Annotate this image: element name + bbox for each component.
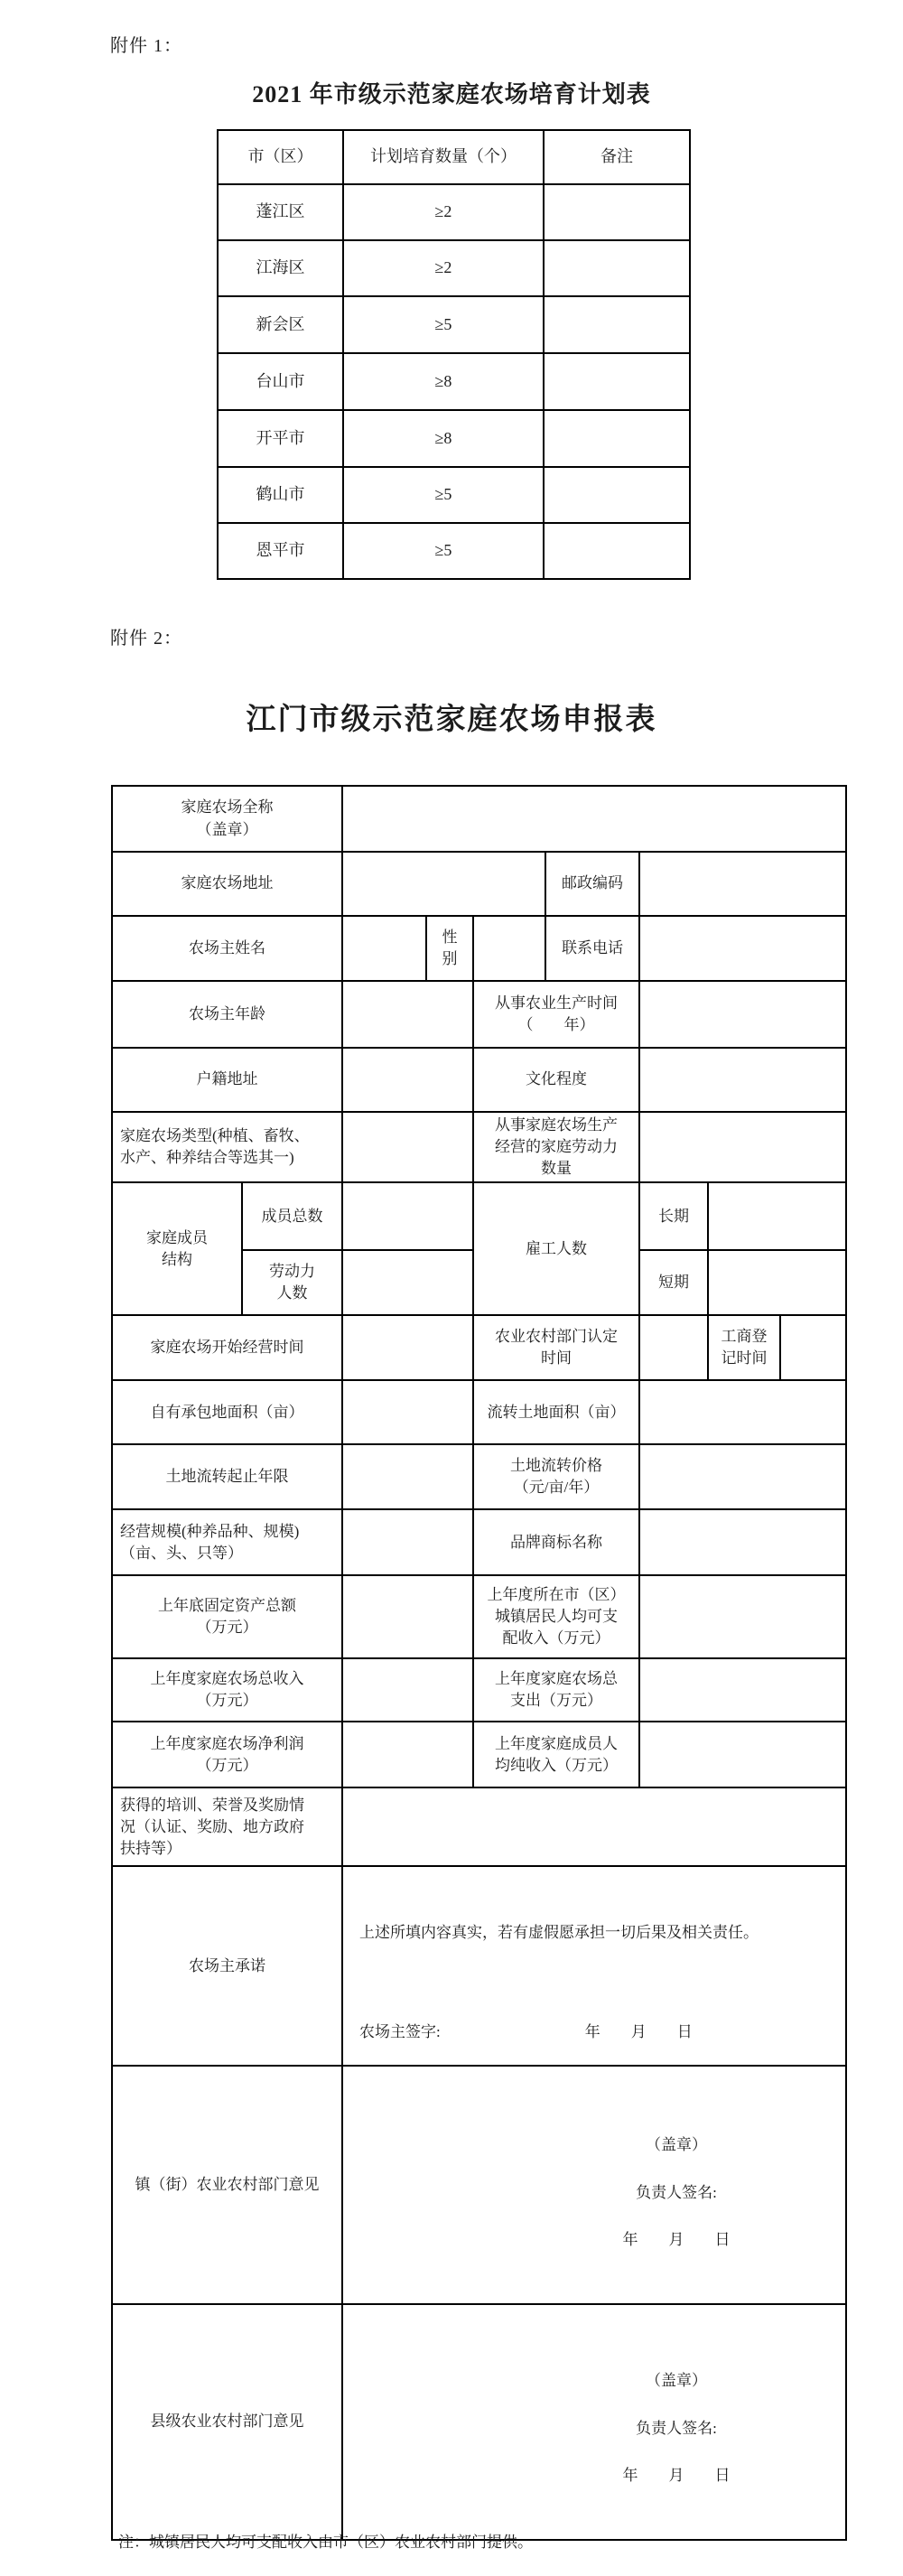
town-seal-block: （盖章） 负责人签名: 年 月 日 xyxy=(591,2109,762,2275)
footnote: 注：城镇居民人均可支配收入由市（区）农业农村部门提供。 xyxy=(118,2529,533,2552)
input-transfer-land-area[interactable] xyxy=(639,1380,846,1444)
input-owner-age[interactable] xyxy=(342,981,473,1048)
input-labor-count[interactable] xyxy=(342,1250,473,1315)
table-row: 家庭农场类型(种植、畜牧、 水产、种养结合等选其一) 从事家庭农场生产 经营的家… xyxy=(112,1112,846,1182)
input-total-expense[interactable] xyxy=(639,1658,846,1722)
plan-quantity: ≥5 xyxy=(343,523,544,579)
input-contact-phone[interactable] xyxy=(639,916,846,981)
plan-remark-cell[interactable] xyxy=(544,240,690,296)
table-row: 鹤山市 ≥5 xyxy=(218,467,690,523)
table-row: 农场主姓名 性 别 联系电话 xyxy=(112,916,846,981)
input-farm-name[interactable] xyxy=(342,786,846,852)
label-household-address: 户籍地址 xyxy=(112,1048,342,1112)
label-business-reg-time: 工商登 记时间 xyxy=(708,1315,780,1380)
label-family-labor: 从事家庭农场生产 经营的家庭劳动力 数量 xyxy=(473,1112,639,1182)
plan-table: 市（区） 计划培育数量（个） 备注 蓬江区 ≥2 江海区 ≥2 新会区 ≥5 台… xyxy=(217,129,691,580)
plan-district: 鹤山市 xyxy=(218,467,343,523)
table-row: 户籍地址 文化程度 xyxy=(112,1048,846,1112)
table-row: 农场主承诺 上述所填内容真实，若有虚假愿承担一切后果及相关责任。 农场主签字:年… xyxy=(112,1866,846,2066)
label-owner-commitment: 农场主承诺 xyxy=(112,1866,342,2066)
label-land-transfer-price: 土地流转价格 （元/亩/年） xyxy=(473,1444,639,1509)
application-form-title: 江门市级示范家庭农场申报表 xyxy=(0,695,903,738)
label-land-transfer-period: 土地流转起止年限 xyxy=(112,1444,342,1509)
plan-remark-cell[interactable] xyxy=(544,523,690,579)
attachment2-label: 附件 2： xyxy=(110,623,182,649)
commitment-signature-line: 农场主签字:年 月 日 xyxy=(359,2021,845,2043)
label-own-land-area: 自有承包地面积（亩） xyxy=(112,1380,342,1444)
plan-quantity: ≥2 xyxy=(343,240,544,296)
table-row: 经营规模(种养品种、规模) （亩、头、只等） 品牌商标名称 xyxy=(112,1509,846,1575)
plan-quantity: ≥5 xyxy=(343,467,544,523)
label-transfer-land-area: 流转土地面积（亩） xyxy=(473,1380,639,1444)
input-total-income[interactable] xyxy=(342,1658,473,1722)
plan-quantity: ≥8 xyxy=(343,410,544,467)
responsible-signature-label: 负责人签名: xyxy=(591,2181,762,2205)
responsible-signature-label: 负责人签名: xyxy=(591,2417,762,2441)
label-owner-name: 农场主姓名 xyxy=(112,916,342,981)
input-business-reg-time[interactable] xyxy=(780,1315,846,1380)
plan-quantity: ≥8 xyxy=(343,353,544,410)
table-row: 开平市 ≥8 xyxy=(218,410,690,467)
plan-remark-cell[interactable] xyxy=(544,296,690,353)
plan-district: 开平市 xyxy=(218,410,343,467)
input-dept-confirm-time[interactable] xyxy=(639,1315,708,1380)
label-labor-count: 劳动力 人数 xyxy=(242,1250,342,1315)
input-household-address[interactable] xyxy=(342,1048,473,1112)
table-row: 家庭农场开始经营时间 农业农村部门认定 时间 工商登 记时间 xyxy=(112,1315,846,1380)
label-start-time: 家庭农场开始经营时间 xyxy=(112,1315,342,1380)
plan-quantity: ≥5 xyxy=(343,296,544,353)
label-contact-phone: 联系电话 xyxy=(545,916,639,981)
label-owner-age: 农场主年龄 xyxy=(112,981,342,1048)
input-education[interactable] xyxy=(639,1048,846,1112)
table-row: 台山市 ≥8 xyxy=(218,353,690,410)
plan-header-remark: 备注 xyxy=(544,130,690,184)
attachment1-label: 附件 1： xyxy=(110,31,182,57)
label-education: 文化程度 xyxy=(473,1048,639,1112)
label-member-income: 上年度家庭成员人 均纯收入（万元） xyxy=(473,1722,639,1787)
seal-label: （盖章） xyxy=(591,2133,762,2157)
label-gender: 性 别 xyxy=(426,916,473,981)
input-short-term[interactable] xyxy=(708,1250,846,1315)
input-city-income[interactable] xyxy=(639,1575,846,1658)
label-brand-name: 品牌商标名称 xyxy=(473,1509,639,1575)
input-farm-type[interactable] xyxy=(342,1112,473,1182)
label-scale: 经营规模(种养品种、规模) （亩、头、只等） xyxy=(112,1509,342,1575)
plan-header-district: 市（区） xyxy=(218,130,343,184)
commitment-statement: 上述所填内容真实，若有虚假愿承担一切后果及相关责任。 xyxy=(359,1922,836,1944)
owner-signature-label: 农场主签字: xyxy=(359,2023,441,2040)
table-row: 上年度家庭农场净利润 （万元） 上年度家庭成员人 均纯收入（万元） xyxy=(112,1722,846,1787)
input-family-labor[interactable] xyxy=(639,1112,846,1182)
commitment-date: 年 月 日 xyxy=(585,2023,693,2040)
plan-district: 恩平市 xyxy=(218,523,343,579)
plan-remark-cell[interactable] xyxy=(544,353,690,410)
table-row: 上年底固定资产总额 （万元） 上年度所在市（区） 城镇居民人均可支 配收入（万元… xyxy=(112,1575,846,1658)
input-net-profit[interactable] xyxy=(342,1722,473,1787)
label-long-term: 长期 xyxy=(639,1182,708,1250)
plan-header-quantity: 计划培育数量（个） xyxy=(343,130,544,184)
label-net-profit: 上年度家庭农场净利润 （万元） xyxy=(112,1722,342,1787)
label-farming-time: 从事农业生产时间 （ 年） xyxy=(473,981,639,1048)
table-row: 上年度家庭农场总收入 （万元） 上年度家庭农场总 支出（万元） xyxy=(112,1658,846,1722)
county-seal-block: （盖章） 负责人签名: 年 月 日 xyxy=(591,2345,762,2511)
label-family-structure: 家庭成员 结构 xyxy=(112,1182,242,1315)
input-land-transfer-price[interactable] xyxy=(639,1444,846,1509)
plan-table-title: 2021 年市级示范家庭农场培育计划表 xyxy=(0,76,903,109)
label-total-members: 成员总数 xyxy=(242,1182,342,1250)
label-farm-name: 家庭农场全称 （盖章） xyxy=(112,786,342,852)
table-row: 江海区 ≥2 xyxy=(218,240,690,296)
table-row: 镇（街）农业农村部门意见 （盖章） 负责人签名: 年 月 日 xyxy=(112,2066,846,2304)
label-farm-type: 家庭农场类型(种植、畜牧、 水产、种养结合等选其一) xyxy=(112,1112,342,1182)
opinion-date: 年 月 日 xyxy=(591,2228,762,2252)
input-owner-name[interactable] xyxy=(342,916,426,981)
seal-label: （盖章） xyxy=(591,2369,762,2393)
input-scale[interactable] xyxy=(342,1509,473,1575)
input-total-members[interactable] xyxy=(342,1182,473,1250)
plan-district: 蓬江区 xyxy=(218,184,343,240)
label-farm-address: 家庭农场地址 xyxy=(112,852,342,916)
county-opinion-cell[interactable]: （盖章） 负责人签名: 年 月 日 xyxy=(342,2304,846,2540)
input-start-time[interactable] xyxy=(342,1315,473,1380)
input-postal-code[interactable] xyxy=(639,852,846,916)
table-row: 蓬江区 ≥2 xyxy=(218,184,690,240)
label-training: 获得的培训、荣誉及奖励情 况（认证、奖励、地方政府 扶持等） xyxy=(112,1787,342,1866)
label-town-opinion: 镇（街）农业农村部门意见 xyxy=(112,2066,342,2304)
opinion-date: 年 月 日 xyxy=(591,2464,762,2487)
input-gender[interactable] xyxy=(473,916,545,981)
label-short-term: 短期 xyxy=(639,1250,708,1315)
label-employees: 雇工人数 xyxy=(473,1182,639,1315)
table-row: 家庭农场全称 （盖章） xyxy=(112,786,846,852)
application-form-table: 家庭农场全称 （盖章） 家庭农场地址 邮政编码 农场主姓名 性 别 联系电话 农… xyxy=(111,785,847,2541)
table-row: 获得的培训、荣誉及奖励情 况（认证、奖励、地方政府 扶持等） xyxy=(112,1787,846,1866)
table-row: 县级农业农村部门意见 （盖章） 负责人签名: 年 月 日 xyxy=(112,2304,846,2540)
plan-quantity: ≥2 xyxy=(343,184,544,240)
plan-district: 江海区 xyxy=(218,240,343,296)
input-farm-address[interactable] xyxy=(342,852,545,916)
label-dept-confirm-time: 农业农村部门认定 时间 xyxy=(473,1315,639,1380)
input-long-term[interactable] xyxy=(708,1182,846,1250)
table-row: 新会区 ≥5 xyxy=(218,296,690,353)
plan-remark-cell[interactable] xyxy=(544,184,690,240)
label-total-expense: 上年度家庭农场总 支出（万元） xyxy=(473,1658,639,1722)
label-city-income: 上年度所在市（区） 城镇居民人均可支 配收入（万元） xyxy=(473,1575,639,1658)
plan-remark-cell[interactable] xyxy=(544,467,690,523)
input-fixed-assets[interactable] xyxy=(342,1575,473,1658)
table-row: 家庭成员 结构 成员总数 雇工人数 长期 xyxy=(112,1182,846,1250)
town-opinion-cell[interactable]: （盖章） 负责人签名: 年 月 日 xyxy=(342,2066,846,2304)
input-land-transfer-period[interactable] xyxy=(342,1444,473,1509)
table-row: 恩平市 ≥5 xyxy=(218,523,690,579)
plan-remark-cell[interactable] xyxy=(544,410,690,467)
label-total-income: 上年度家庭农场总收入 （万元） xyxy=(112,1658,342,1722)
table-row: 土地流转起止年限 土地流转价格 （元/亩/年） xyxy=(112,1444,846,1509)
table-row: 农场主年龄 从事农业生产时间 （ 年） xyxy=(112,981,846,1048)
table-row: 家庭农场地址 邮政编码 xyxy=(112,852,846,916)
plan-district: 新会区 xyxy=(218,296,343,353)
commitment-cell[interactable]: 上述所填内容真实，若有虚假愿承担一切后果及相关责任。 农场主签字:年 月 日 xyxy=(342,1866,846,2066)
input-training[interactable] xyxy=(342,1787,846,1866)
table-row: 自有承包地面积（亩） 流转土地面积（亩） xyxy=(112,1380,846,1444)
input-brand-name[interactable] xyxy=(639,1509,846,1575)
label-postal-code: 邮政编码 xyxy=(545,852,639,916)
document-page: 附件 1： 2021 年市级示范家庭农场培育计划表 市（区） 计划培育数量（个）… xyxy=(0,0,903,2576)
plan-district: 台山市 xyxy=(218,353,343,410)
label-county-opinion: 县级农业农村部门意见 xyxy=(112,2304,342,2540)
input-own-land-area[interactable] xyxy=(342,1380,473,1444)
input-farming-time[interactable] xyxy=(639,981,846,1048)
input-member-income[interactable] xyxy=(639,1722,846,1787)
label-fixed-assets: 上年底固定资产总额 （万元） xyxy=(112,1575,342,1658)
